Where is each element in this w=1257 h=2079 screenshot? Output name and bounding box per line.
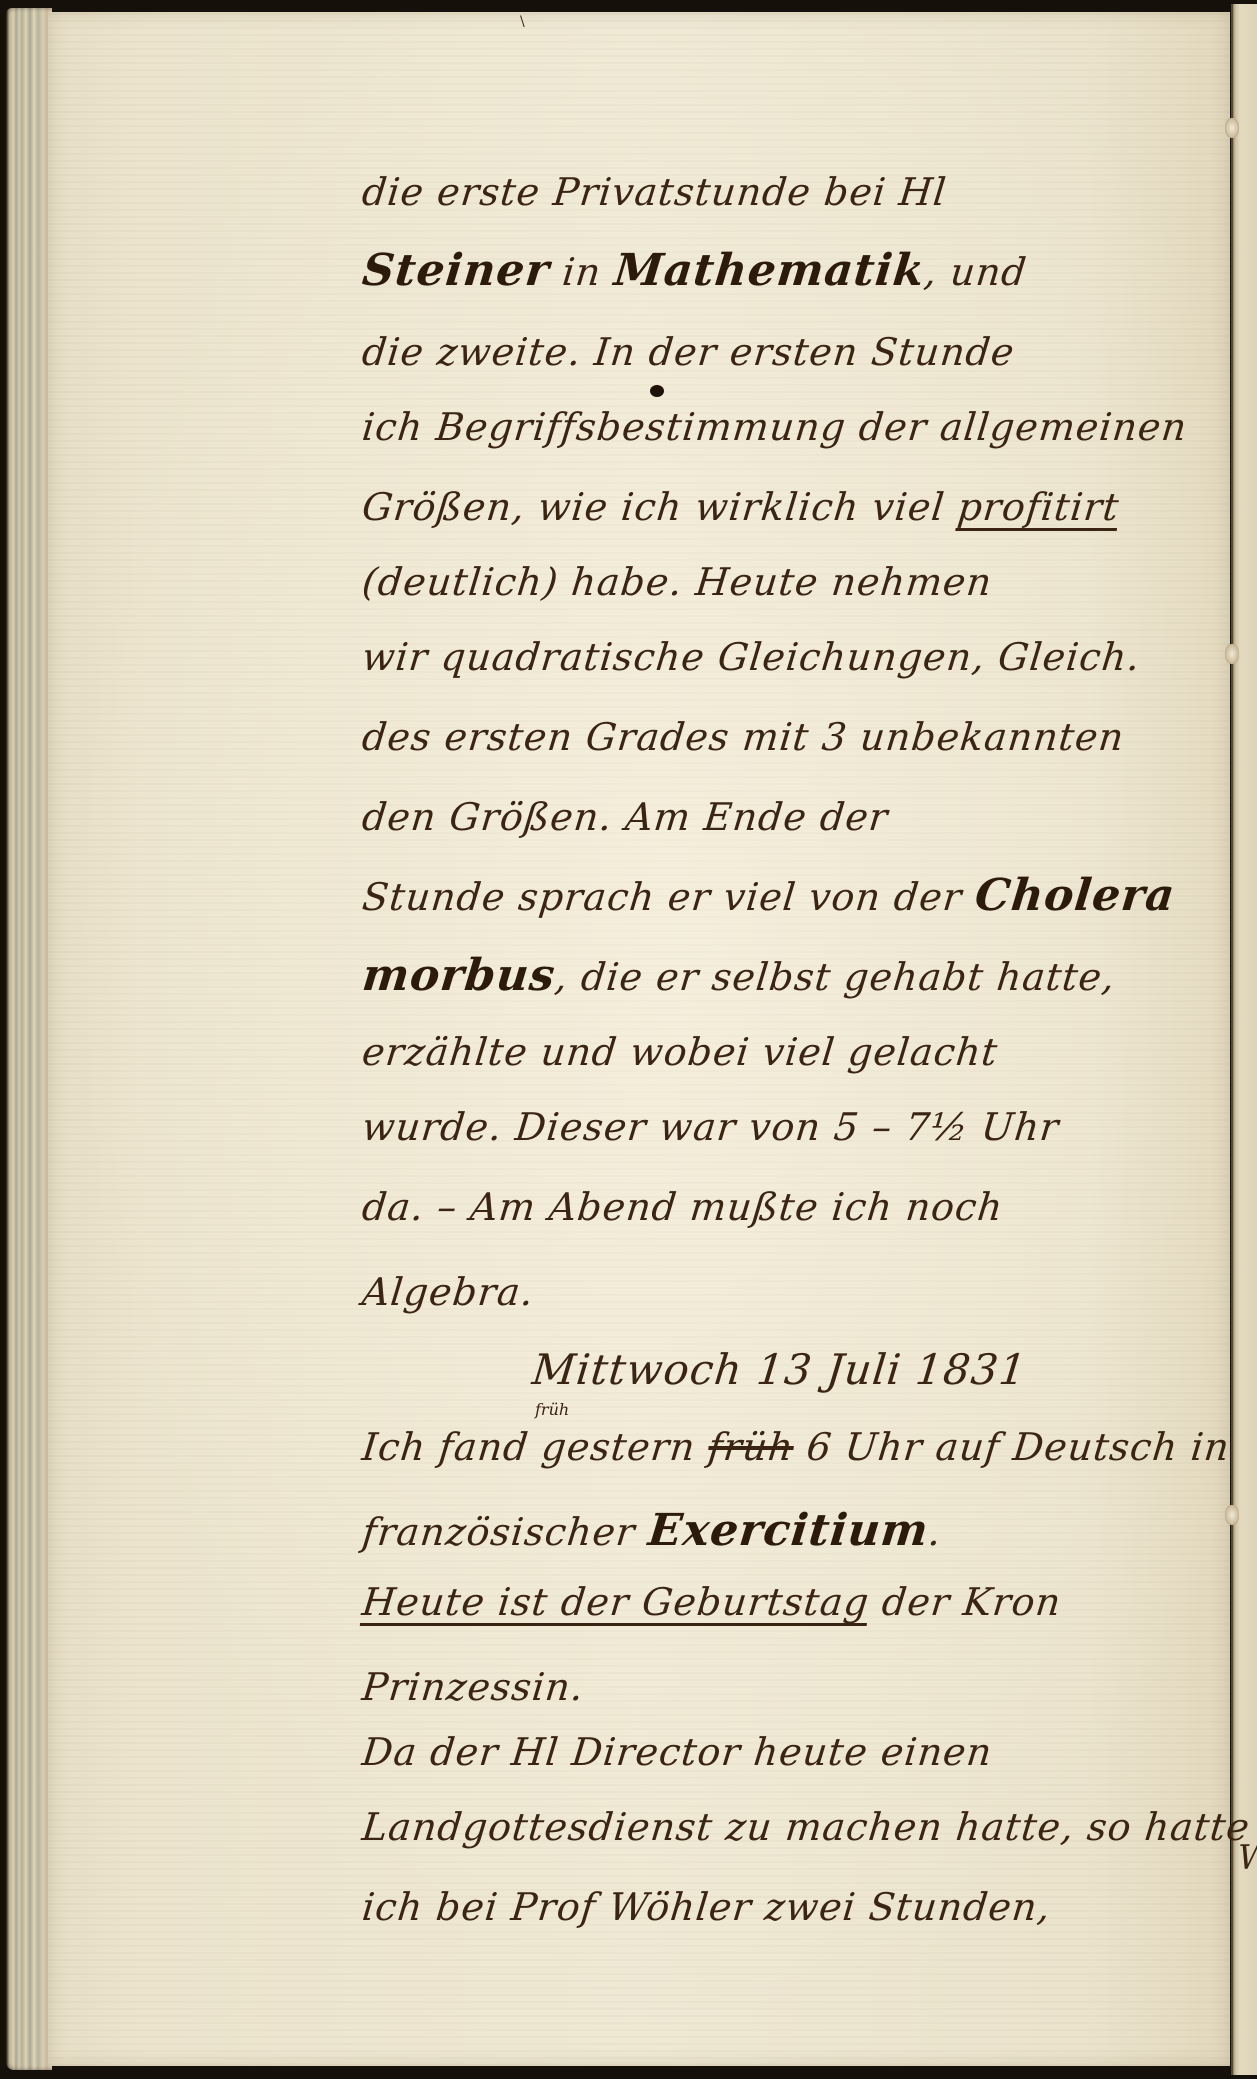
text-line: Ich fand gestern früh 6 Uhr auf Deutsch … <box>360 1425 1232 1469</box>
text-line: wurde. Dieser war von 5 – 7½ Uhr <box>360 1105 1062 1149</box>
text-line: morbus, die er selbst gehabt hatte, <box>360 950 1118 1001</box>
text-line: ich bei Prof Wöhler zwei Stunden, <box>360 1885 1053 1929</box>
text-line: den Größen. Am Ende der <box>360 795 891 839</box>
text-line: französischer Exercitium. <box>360 1505 944 1556</box>
text-line: Da der Hl Director heute einen <box>360 1730 995 1774</box>
entry-date-heading: Mittwoch 13 Juli 1831 <box>530 1345 1029 1394</box>
struck-word: früh <box>706 1425 796 1469</box>
text-line: (deutlich) habe. Heute nehmen <box>360 560 994 604</box>
underlined-word: profitirt <box>956 485 1122 529</box>
interlinear-insertion: früh <box>535 1400 569 1419</box>
text-line: des ersten Grades mit 3 unbekannten <box>360 715 1126 759</box>
ink-blot <box>650 385 664 397</box>
book-page-edges <box>6 8 52 2070</box>
text-line: Prinzessin. <box>360 1665 586 1709</box>
gutter-fold-line <box>1231 4 1233 2075</box>
binding-stitch-icon <box>1225 118 1239 138</box>
text-line: Steiner in Mathematik, und <box>360 245 1030 296</box>
text-line: erzählte und wobei viel gelacht <box>360 1030 1000 1074</box>
binding-stitch-icon <box>1225 644 1239 664</box>
emphasized-word: Mathematik <box>612 245 927 296</box>
text-line: da. – Am Abend mußte ich noch <box>360 1185 1005 1229</box>
text-line: ich Begriffsbestimmung der allgemeinen <box>360 405 1189 449</box>
emphasized-word: Exercitium <box>646 1505 931 1556</box>
text-line: Heute ist der Geburtstag der Kron <box>360 1580 1064 1624</box>
underlined-phrase: Heute ist der Geburtstag <box>360 1580 871 1624</box>
text-line: Größen, wie ich wirklich viel profitirt <box>360 485 1122 529</box>
text-line: Algebra. <box>360 1270 536 1314</box>
text-line: wir quadratische Gleichungen, Gleich. <box>360 635 1143 679</box>
emphasized-word: morbus <box>360 950 558 1001</box>
text-line: Landgottesdienst zu machen hatte, so hat… <box>360 1805 1252 1849</box>
text-line: Stunde sprach er viel von der Cholera <box>360 870 1178 921</box>
emphasized-word: Steiner <box>360 245 552 296</box>
text-line: die zweite. In der ersten Stunde <box>360 330 1017 374</box>
book-gutter <box>1232 4 1257 2075</box>
page-top-mark: \ <box>520 14 525 30</box>
text-line: die erste Privatstunde bei Hl <box>360 170 949 214</box>
emphasized-word: Cholera <box>973 870 1178 921</box>
binding-stitch-icon <box>1225 1505 1239 1525</box>
